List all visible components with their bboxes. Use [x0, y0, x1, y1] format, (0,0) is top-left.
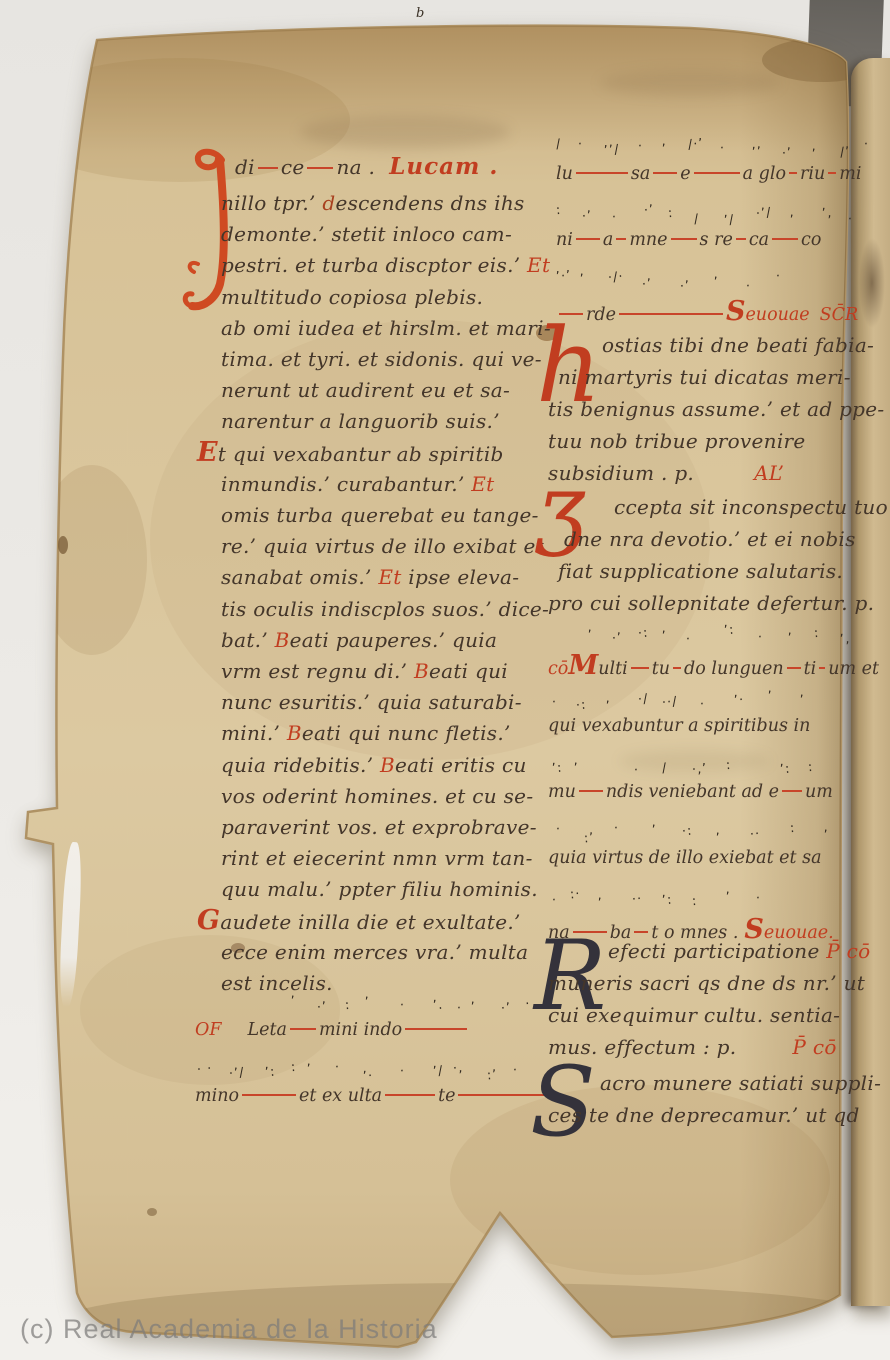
neume-cluster: :: [667, 206, 674, 221]
chant-extender: [819, 667, 825, 669]
neume-row: :·’··’:/’/·’/’’,·: [556, 200, 876, 230]
chant-extender: [616, 238, 626, 240]
neume-row: /·’’/·’/·’·’’·’’/’·: [556, 134, 876, 164]
prayer-line: tis benignus assume.’ et ad ppe-: [548, 394, 884, 424]
neume-row: ’:’·/·,’:’::: [548, 752, 868, 782]
neume-cluster: ·: [847, 212, 854, 227]
prayer-line: muneris sacri qs dne ds nr.’ ut: [548, 968, 865, 998]
rubric-text: P̄ cō: [792, 1035, 836, 1059]
neume-cluster: ·’: [641, 277, 653, 293]
chant-extender: [579, 790, 603, 792]
neume-cluster: ’,: [839, 632, 851, 648]
neume-cluster: ’: [715, 831, 722, 846]
neume-cluster: ’:: [551, 760, 563, 776]
chant-syllables: cōMultitudo lunguentium et: [548, 650, 879, 681]
rubric-text: M: [568, 650, 598, 681]
chant-syllables: quia virtus de illo exiebat et sa: [548, 848, 822, 868]
neume-cluster: ’: [573, 761, 580, 776]
prayer-line: fiat supplicatione salutaris.: [558, 556, 843, 586]
neume-cluster: ·: [613, 821, 620, 836]
neume-cluster: ·:: [681, 823, 693, 839]
chant-extender: [634, 931, 648, 933]
neume-cluster: ’: [767, 689, 774, 704]
neume-cluster: /·’: [687, 136, 704, 153]
neume-cluster: /: [693, 212, 700, 227]
neume-cluster: ’/: [723, 212, 735, 228]
chant-line: ·:’·’·:’··:’quia virtus de illo exiebat …: [548, 818, 868, 880]
copyright-watermark: (c) Real Academia de la Historia: [20, 1314, 438, 1345]
neume-cluster: ·’: [643, 203, 655, 219]
neume-cluster: ·: [685, 632, 692, 647]
neume-cluster: ’·’: [555, 268, 572, 285]
neume-cluster: ’: [789, 213, 796, 228]
body-text: muneris sacri qs dne ds nr.’ ut: [548, 971, 865, 995]
neume-cluster: ·’: [581, 209, 593, 225]
chant-line: /·’’/·’/·’·’’·’’/’·lusaea gloriumi: [556, 134, 876, 196]
neume-cluster: ’: [811, 147, 818, 162]
neume-cluster: ·’: [679, 279, 691, 295]
body-text: ti: [804, 659, 817, 679]
body-text: riu: [800, 164, 825, 184]
manuscript-photo: { "watermark": { "text": "(c) Real Acade…: [0, 0, 890, 1360]
prayer-line: ni martyris tui dicatas meri-: [558, 362, 851, 392]
rubric-text: cō: [548, 659, 568, 679]
body-text: acro munere satiati suppli-: [600, 1071, 881, 1095]
prayer-line: tuu nob tribue provenire: [548, 426, 806, 456]
prayer-line: ostias tibi dne beati fabia-: [602, 330, 874, 360]
neume-cluster: ·: [755, 891, 762, 906]
neume-cluster: ·: [555, 822, 562, 837]
body-text: a glo: [743, 164, 786, 184]
neume-cluster: ·: [775, 269, 782, 284]
body-text: ostias tibi dne beati fabia-: [602, 333, 874, 357]
body-text: um: [805, 782, 833, 802]
prayer-line: acro munere satiati suppli-: [600, 1068, 881, 1098]
neume-cluster: ’: [661, 142, 668, 157]
neume-cluster: ·: [699, 697, 706, 712]
body-text: ccepta sit inconspectu tuo: [614, 495, 888, 519]
body-text: ca: [749, 230, 769, 250]
neume-cluster: ’: [587, 628, 594, 643]
neume-cluster: ·: [551, 695, 558, 710]
neume-cluster: :: [807, 760, 814, 775]
neume-cluster: ·,’: [691, 761, 708, 778]
neume-cluster: ’: [823, 828, 830, 843]
neume-cluster: :: [813, 626, 820, 641]
prayer-line: dne nra devotio.’ et ei nobis: [564, 524, 856, 554]
body-text: mne: [629, 230, 667, 250]
body-text: mi: [839, 164, 861, 184]
chant-extender: [653, 172, 677, 174]
neume-cluster: ’: [597, 896, 604, 911]
chant-extender: [772, 238, 798, 240]
body-text: cui exequimur cultu. sentia-: [548, 1003, 840, 1027]
body-text: tu: [652, 659, 670, 679]
prayer-line: ces te dne deprecamur.’ ut qd: [548, 1100, 860, 1130]
neume-cluster: :’: [583, 830, 595, 846]
neume-row: ·:·’··’::’·: [548, 884, 868, 914]
body-text: ces te dne deprecamur.’ ut qd: [548, 1103, 860, 1127]
body-text: efecti participatione: [608, 939, 826, 963]
neume-cluster: ’·: [733, 693, 745, 709]
neume-cluster: ·: [633, 763, 640, 778]
chant-line: :·’··’:/’/·’/’’,·niamnes recaco: [556, 200, 876, 262]
neume-cluster: ’: [605, 699, 612, 714]
body-text: ni martyris tui dicatas meri-: [558, 365, 851, 389]
chant-syllables: lusaea gloriumi: [556, 164, 861, 184]
neume-row: ·:’·’·:’··:’: [548, 818, 868, 848]
neume-cluster: ’:: [723, 622, 735, 638]
neume-cluster: ’’: [751, 145, 763, 161]
neume-cluster: ·: [577, 137, 584, 152]
neume-cluster: ··/: [661, 694, 678, 711]
chant-syllables: niamnes recaco: [556, 230, 821, 250]
neume-cluster: ’: [579, 272, 586, 287]
neume-cluster: ’: [651, 823, 658, 838]
chant-extender: [619, 313, 723, 315]
chant-extender: [631, 667, 649, 669]
body-text: do lunguen: [684, 659, 784, 679]
neume-cluster: ·/·: [607, 269, 624, 286]
body-text: tuu nob tribue provenire: [548, 429, 806, 453]
neume-cluster: ·: [611, 210, 618, 225]
right-text-column: /·’’/·’/·’·’’·’’/’·lusaea gloriumi:·’··’…: [0, 0, 890, 1360]
prayer-line: efecti participatione P̄ cō: [608, 936, 871, 966]
chant-extender: [787, 667, 801, 669]
body-text: pro cui sollepnitate defertur. p.: [548, 591, 874, 615]
neume-cluster: ·: [745, 279, 752, 294]
body-text: sa: [631, 164, 650, 184]
neume-row: ··:’·/··/·’·’’: [548, 686, 868, 716]
neume-cluster: ··: [631, 892, 643, 908]
chant-extender: [673, 667, 681, 669]
neume-cluster: ’: [787, 631, 794, 646]
neume-cluster: ·: [719, 141, 726, 156]
neume-cluster: ·: [551, 893, 558, 908]
chant-extender: [736, 238, 746, 240]
body-text: lu: [556, 164, 573, 184]
neume-cluster: /: [555, 137, 562, 152]
body-text: e: [680, 164, 690, 184]
neume-cluster: ’: [725, 890, 732, 905]
neume-cluster: :: [691, 894, 698, 909]
chant-extender: [694, 172, 740, 174]
neume-cluster: ··: [749, 827, 761, 843]
neume-cluster: ’’/: [603, 142, 620, 159]
body-text: qui vexabuntur a spiritibus in: [548, 716, 810, 736]
neume-cluster: ·’/: [755, 205, 772, 222]
body-text: ndis veniebant ad e: [606, 782, 779, 802]
chant-extender: [828, 172, 836, 174]
neume-cluster: ·: [863, 137, 870, 152]
body-text: tis benignus assume.’ et ad ppe-: [548, 397, 884, 421]
rubric-text: S: [726, 296, 746, 327]
body-text: ulti: [598, 659, 628, 679]
neume-cluster: :: [555, 203, 562, 218]
neume-cluster: /’: [839, 144, 851, 160]
chant-line: ··:’·/··/·’·’’qui vexabuntur a spiritibu…: [548, 686, 868, 748]
neume-cluster: ·:: [637, 625, 649, 641]
neume-cluster: ·:: [575, 697, 587, 713]
body-text: mu: [548, 782, 576, 802]
neume-cluster: ·’: [611, 631, 623, 647]
neume-cluster: ’:: [779, 761, 791, 777]
chant-syllables: qui vexabuntur a spiritibus in: [548, 716, 810, 736]
chant-line: ’·’’·/··’·’’··rdeSeuouaeSC̄R: [556, 266, 876, 328]
chant-extender: [576, 172, 628, 174]
rubric-text: SC̄R: [820, 305, 859, 325]
body-text: um et: [828, 659, 879, 679]
body-text: quia virtus de illo exiebat et sa: [548, 848, 822, 868]
neume-cluster: ·’: [781, 146, 793, 162]
neume-cluster: :: [789, 821, 796, 836]
chant-extender: [671, 238, 697, 240]
neume-cluster: ·: [757, 630, 764, 645]
body-text: ni: [556, 230, 573, 250]
rubric-text: P̄ cō: [826, 939, 870, 963]
neume-cluster: ’: [713, 275, 720, 290]
neume-cluster: ’,: [821, 206, 833, 222]
neume-cluster: ·/: [637, 691, 649, 707]
chant-extender: [576, 238, 600, 240]
prayer-line: ccepta sit inconspectu tuo: [614, 492, 888, 522]
neume-cluster: :·: [569, 886, 581, 902]
chant-extender: [789, 172, 797, 174]
prayer-line: pro cui sollepnitate defertur. p.: [548, 588, 874, 618]
chant-extender: [782, 790, 802, 792]
neume-cluster: :: [725, 758, 732, 773]
neume-cluster: /: [661, 761, 668, 776]
neume-cluster: ’:: [661, 892, 673, 908]
neume-row: ’·’·:’·’:·’:’,: [548, 620, 868, 650]
chant-syllables: mundis veniebant ad eum: [548, 782, 833, 802]
rubric-text: AL’: [754, 461, 784, 485]
body-text: dne nra devotio.’ et ei nobis: [564, 527, 856, 551]
body-text: a: [603, 230, 613, 250]
neume-row: ’·’’·/··’·’’··: [556, 266, 876, 296]
chant-line: ’·’·:’·’:·’:’,cōMultitudo lunguentium et: [548, 620, 868, 682]
neume-cluster: ·: [637, 139, 644, 154]
prayer-line: cui exequimur cultu. sentia-: [548, 1000, 840, 1030]
body-text: s re: [700, 230, 733, 250]
body-text: co: [801, 230, 821, 250]
chant-line: ’:’·/·,’:’::mundis veniebant ad eum: [548, 752, 868, 814]
neume-cluster: ’: [661, 629, 668, 644]
body-text: fiat supplicatione salutaris.: [558, 559, 843, 583]
neume-cluster: ’: [799, 693, 806, 708]
rubric-text: euouae: [745, 305, 809, 325]
